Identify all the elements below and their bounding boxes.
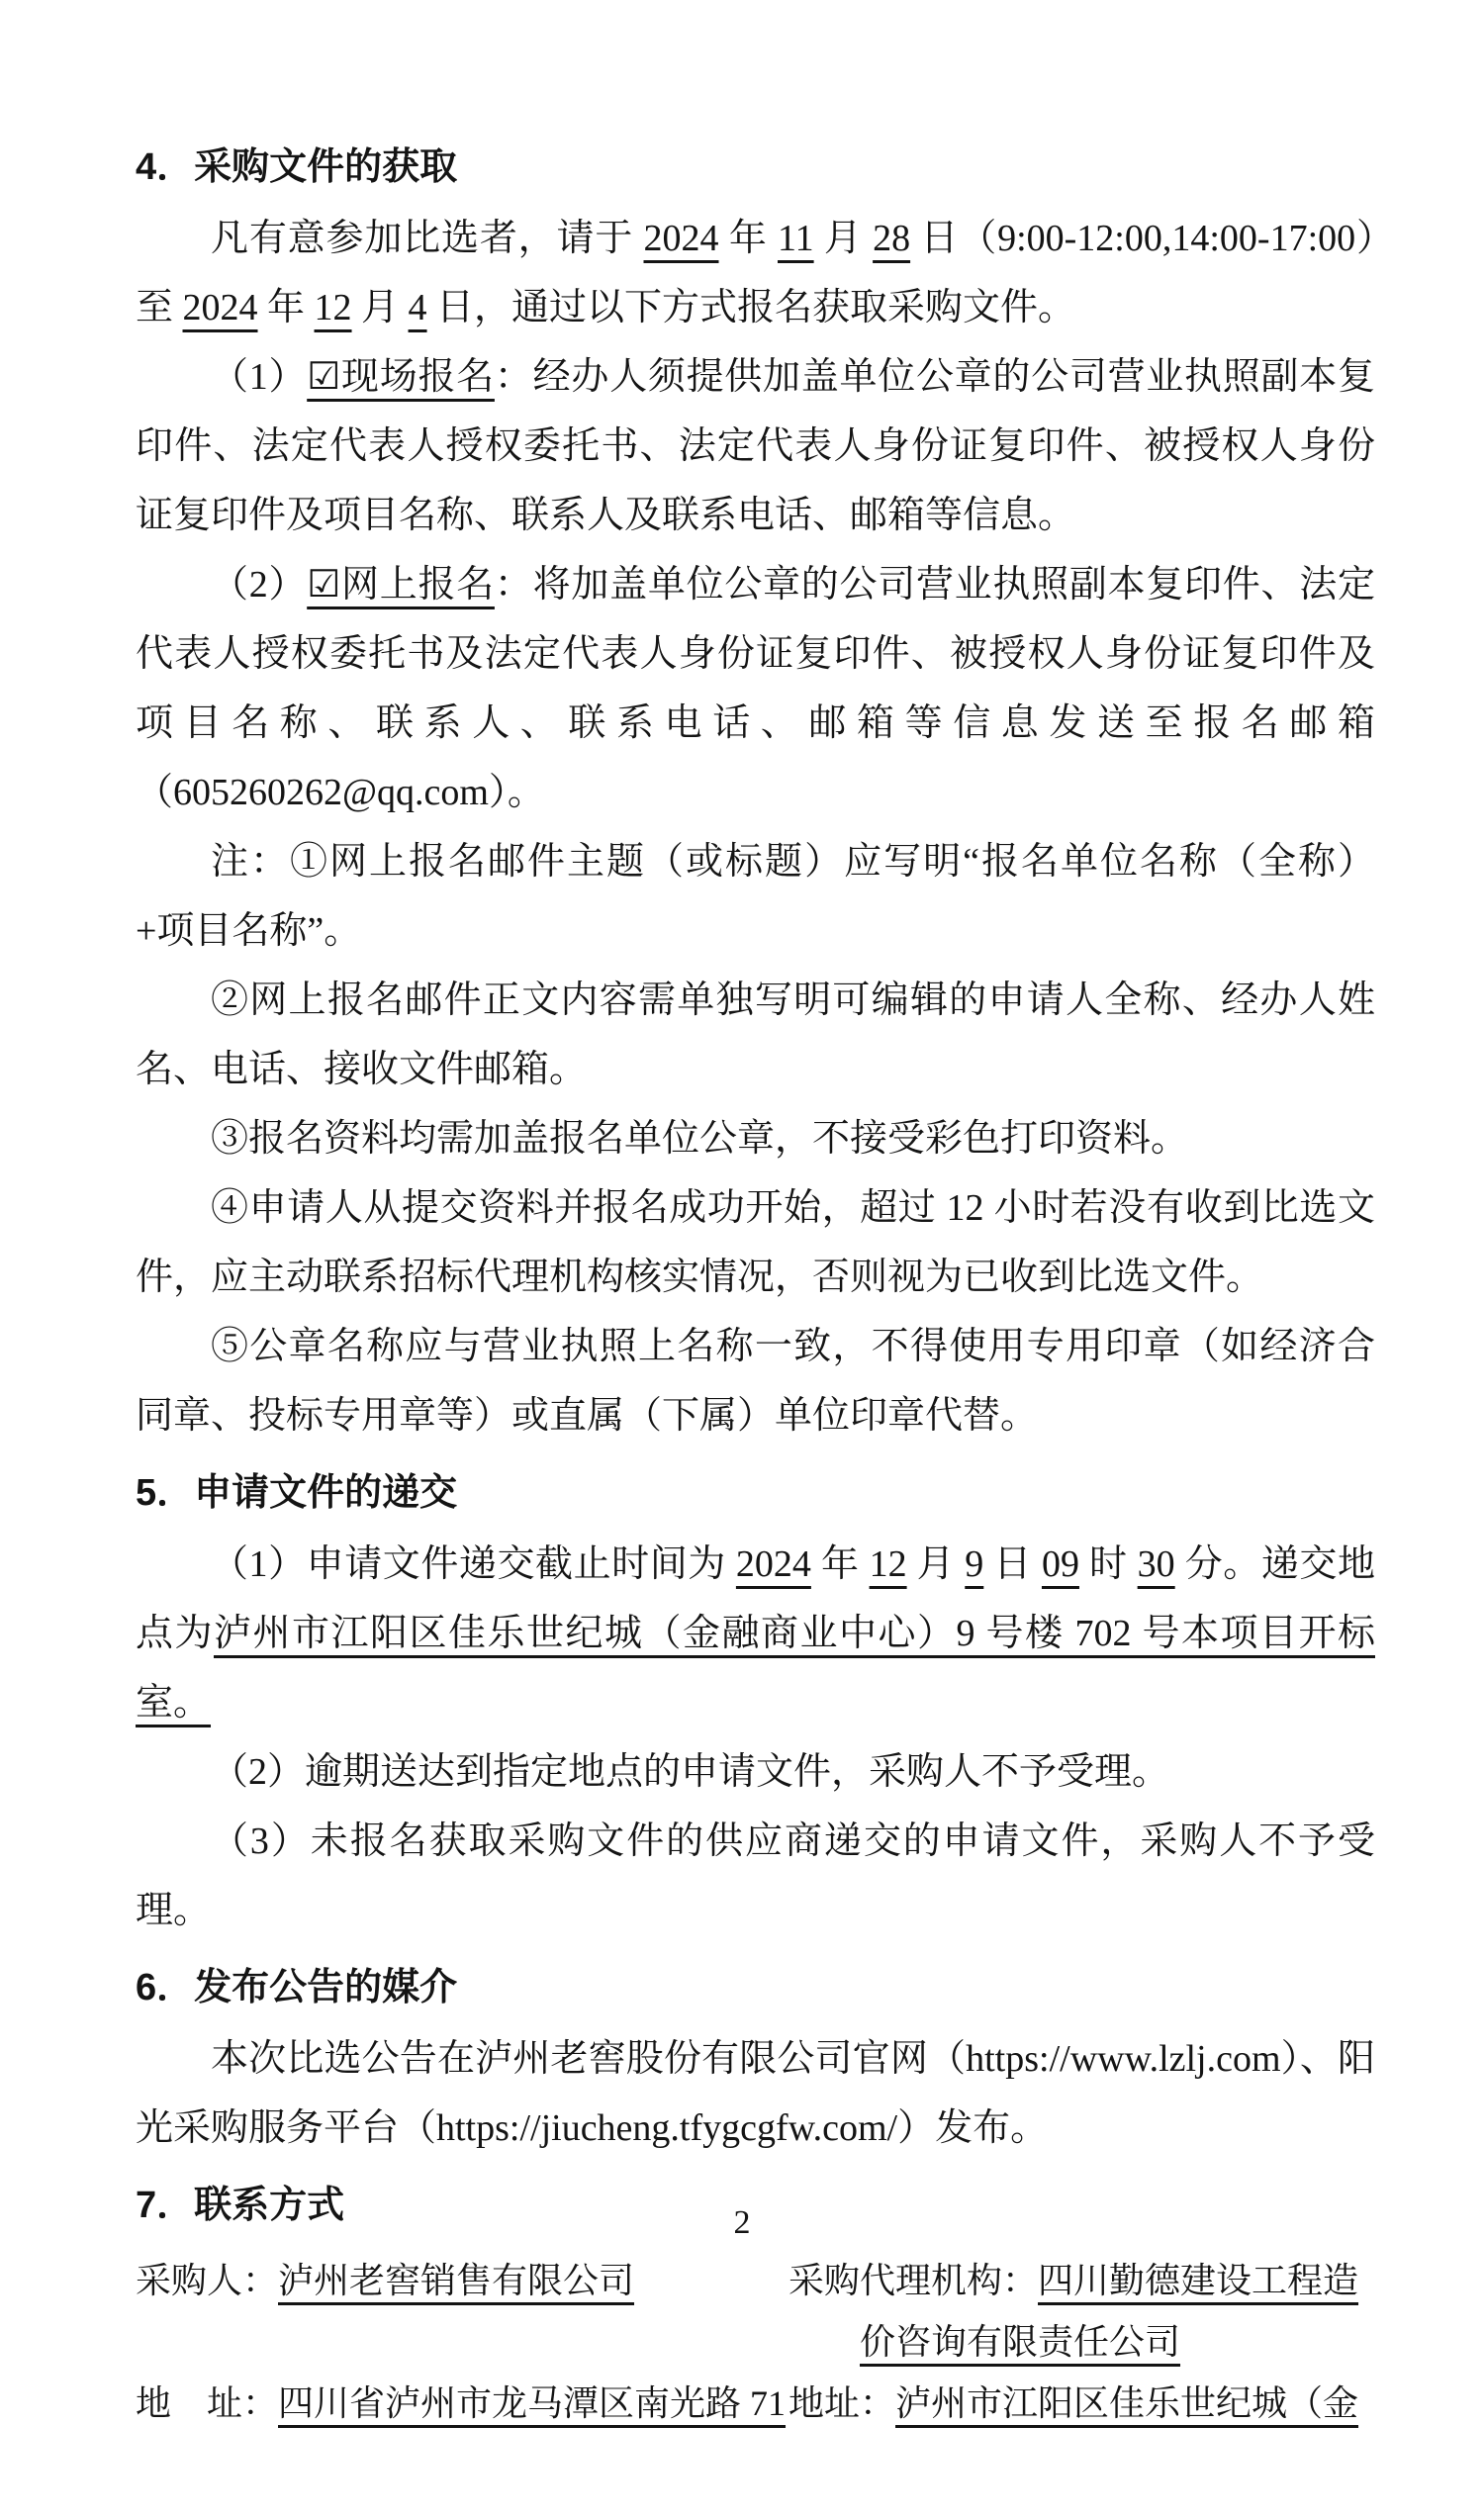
underlined-text-run: 价咨询有限责任公司: [860, 2322, 1180, 2362]
submission-deadline-paragraph: （1）申请文件递交截止时间为 2024 年 12 月 9 日 09 时 30 分…: [136, 1530, 1375, 1737]
text-run: 月: [907, 1543, 966, 1585]
underlined-text-run: 28: [873, 218, 910, 259]
text-run: 时: [1079, 1543, 1138, 1585]
agency-name-line-2: 价咨询有限责任公司: [788, 2311, 1375, 2373]
note-4-paragraph: ④申请人从提交资料并报名成功开始，超过 12 小时若没有收到比选文件，应主动联系…: [136, 1173, 1375, 1312]
section-6-heading: 6．发布公告的媒介: [136, 1953, 1375, 2022]
text-run: 日: [983, 1543, 1042, 1585]
agency-address-line: 地址：泸州市江阳区佳乐世纪城（金: [788, 2373, 1375, 2434]
text-run: 月: [814, 218, 874, 259]
text-run: 凡有意参加比选者，请于: [211, 218, 644, 259]
text-run: ④申请人从提交资料并报名成功开始，超过 12 小时若没有收到比选文件，应主动联系…: [136, 1187, 1375, 1298]
note-2-paragraph: ②网上报名邮件正文内容需单独写明可编辑的申请人全称、经办人姓名、电话、接收文件邮…: [136, 966, 1375, 1104]
text-run: ②网上报名邮件正文内容需单独写明可编辑的申请人全称、经办人姓名、电话、接收文件邮…: [136, 980, 1375, 1090]
text-run: 注：①网上报名邮件主题（或标题）应写明“报名单位名称（全称）+项目名称”。: [136, 841, 1375, 952]
text-run: 地址：: [788, 2383, 895, 2423]
underlined-text-run: 09: [1042, 1543, 1079, 1585]
onsite-registration-paragraph: （1）☑现场报名：经办人须提供加盖单位公章的公司营业执照副本复印件、法定代表人授…: [136, 342, 1375, 550]
underlined-text-run: 2024: [736, 1543, 811, 1585]
text-run: （3）未报名获取采购文件的供应商递交的申请文件，采购人不予受理。: [136, 1820, 1375, 1931]
text-run: 采购代理机构：: [788, 2261, 1038, 2300]
text-run: 4．采购文件的获取: [136, 146, 457, 188]
underlined-text-run: 四川省泸州市龙马潭区南光路 71: [278, 2383, 786, 2423]
text-run: 年: [719, 218, 779, 259]
online-registration-paragraph: （2）☑网上报名：将加盖单位公章的公司营业执照副本复印件、法定代表人授权委托书及…: [136, 550, 1375, 827]
text-run: 年: [258, 287, 315, 328]
page-number: 2: [0, 2204, 1484, 2242]
note-5-paragraph: ⑤公章名称应与营业执照上名称一致，不得使用专用印章（如经济合同章、投标专用章等）…: [136, 1312, 1375, 1450]
section-4-heading: 4．采购文件的获取: [136, 133, 1375, 202]
announcement-media-paragraph: 本次比选公告在泸州老窖股份有限公司官网（https://www.lzlj.com…: [136, 2024, 1375, 2163]
text-run: （1）申请文件递交截止时间为: [211, 1543, 736, 1585]
underlined-text-run: 12: [870, 1543, 907, 1585]
text-run: （2）: [211, 564, 307, 606]
section-4-intro-paragraph: 凡有意参加比选者，请于 2024 年 11 月 28 日（9:00-12:00,…: [136, 204, 1375, 342]
text-run: （2）逾期送达到指定地点的申请文件，采购人不予受理。: [211, 1751, 1169, 1793]
underlined-text-run: ☑现场报名: [307, 356, 495, 398]
underlined-text-run: ☑网上报名: [307, 564, 495, 606]
text-run: 本次比选公告在泸州老窖股份有限公司官网（https://www.lzlj.com…: [136, 2038, 1375, 2149]
text-run: ⑤公章名称应与营业执照上名称一致，不得使用专用印章（如经济合同章、投标专用章等）…: [136, 1326, 1375, 1437]
text-run: 日，通过以下方式报名获取采购文件。: [427, 287, 1076, 328]
text-run: （1）: [211, 356, 307, 398]
underlined-text-run: 12: [315, 287, 352, 328]
purchaser-line: 采购人：泸州老窖销售有限公司: [136, 2250, 788, 2311]
note-3-paragraph: ③报名资料均需加盖报名单位公章，不接受彩色打印资料。: [136, 1104, 1375, 1173]
text-run: ③报名资料均需加盖报名单位公章，不接受彩色打印资料。: [211, 1118, 1188, 1160]
purchaser-address-line: 地 址：四川省泸州市龙马潭区南光路 71: [136, 2373, 788, 2434]
underlined-text-run: 四川勤德建设工程造: [1038, 2261, 1358, 2300]
underlined-text-run: 泸州市江阳区佳乐世纪城（金: [895, 2383, 1358, 2423]
text-run: 年: [811, 1543, 870, 1585]
document-page: 4．采购文件的获取凡有意参加比选者，请于 2024 年 11 月 28 日（9:…: [0, 0, 1484, 2519]
agency-name-line-1: 采购代理机构：四川勤德建设工程造: [788, 2250, 1375, 2311]
underlined-text-run: 2024: [183, 287, 258, 328]
note-1-paragraph: 注：①网上报名邮件主题（或标题）应写明“报名单位名称（全称）+项目名称”。: [136, 827, 1375, 966]
underlined-text-run: 4: [409, 287, 427, 328]
underlined-text-run: 30: [1138, 1543, 1175, 1585]
underlined-text-run: 9: [965, 1543, 983, 1585]
text-run: 6．发布公告的媒介: [136, 1967, 457, 2008]
section-5-heading: 5．申请文件的递交: [136, 1458, 1375, 1528]
unregistered-supplier-paragraph: （3）未报名获取采购文件的供应商递交的申请文件，采购人不予受理。: [136, 1807, 1375, 1945]
agency-column: 采购代理机构：四川勤德建设工程造 价咨询有限责任公司: [788, 2250, 1375, 2373]
underlined-text-run: 泸州市江阳区佳乐世纪城（金融商业中心）9 号楼 702 号本项目开标室。: [136, 1613, 1375, 1724]
purchaser-column: 采购人：泸州老窖销售有限公司: [136, 2250, 788, 2373]
text-run: 地 址：: [136, 2383, 278, 2423]
text-run: 月: [352, 287, 409, 328]
text-run: 5．申请文件的递交: [136, 1472, 457, 1514]
purchaser-address-column: 地 址：四川省泸州市龙马潭区南光路 71: [136, 2373, 788, 2434]
agency-address-column: 地址：泸州市江阳区佳乐世纪城（金: [788, 2373, 1375, 2434]
underlined-text-run: 泸州老窖销售有限公司: [278, 2261, 634, 2300]
document-body: 4．采购文件的获取凡有意参加比选者，请于 2024 年 11 月 28 日（9:…: [136, 133, 1375, 2240]
contact-section: 采购人：泸州老窖销售有限公司 采购代理机构：四川勤德建设工程造 价咨询有限责任公…: [136, 2250, 1375, 2434]
late-submission-paragraph: （2）逾期送达到指定地点的申请文件，采购人不予受理。: [136, 1737, 1375, 1807]
underlined-text-run: 2024: [644, 218, 719, 259]
underlined-text-run: 11: [778, 218, 814, 259]
text-run: 采购人：: [136, 2261, 278, 2300]
